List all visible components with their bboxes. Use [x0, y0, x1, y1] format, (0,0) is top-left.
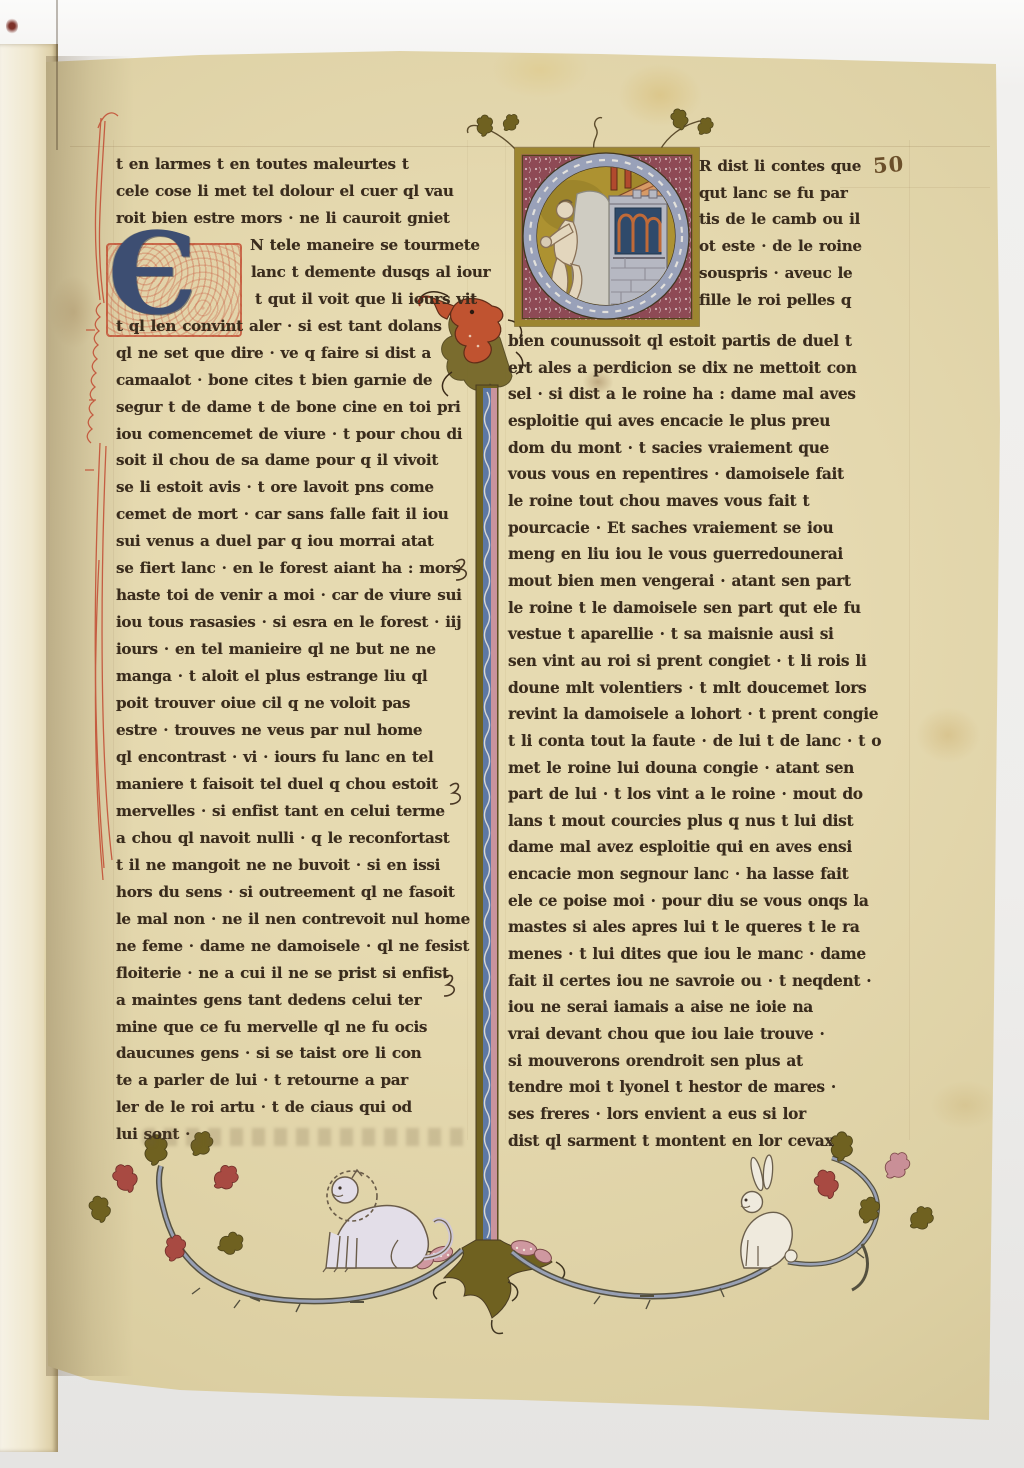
- manuscript-text-line: menes · t lui dites que iou le manc · da…: [508, 941, 914, 968]
- manuscript-text-line: sel · si dist a le roine ha : dame mal a…: [508, 381, 914, 408]
- manuscript-text-line: t ql len convint aler · si est tant dola…: [116, 313, 470, 340]
- manuscript-text-line: dame mal avez esploitie qui en aves ensi: [508, 834, 914, 861]
- manuscript-text-line: ql ne set que dire · ve q faire si dist …: [116, 340, 470, 367]
- manuscript-text-line: a maintes gens tant dedens celui ter: [116, 987, 470, 1014]
- manuscript-text-line: dist ql sarment t montent en lor cevax: [508, 1128, 914, 1155]
- manuscript-text-line: lanc t demente dusqs al iour: [116, 259, 470, 286]
- manuscript-text-line: ql encontrast · vi · iours fu lanc en te…: [116, 744, 470, 771]
- manuscript-text-line: segur t de dame t de bone cine en toi pr…: [116, 394, 470, 421]
- manuscript-text-line: ele ce poise moi · pour diu se vous onqs…: [508, 888, 914, 915]
- manuscript-scan-page: Є t en larmes t en toutes maleurtes tcel…: [0, 0, 1024, 1468]
- manuscript-text-line: manga · t aloit el plus estrange liu ql: [116, 663, 470, 690]
- miniature-scene: [513, 146, 701, 328]
- manuscript-text-line: souspris · aveuc le: [699, 260, 913, 287]
- manuscript-text-line: le roine t le damoisele sen part qut ele…: [508, 595, 914, 622]
- ruling-line: [505, 140, 506, 1140]
- manuscript-text-line: fille le roi pelles q: [699, 287, 913, 314]
- manuscript-text-line: vrai devant chou que iou laie trouve ·: [508, 1021, 914, 1048]
- manuscript-text-line: ert ales a perdicion se dix ne mettoit c…: [508, 355, 914, 382]
- manuscript-text-line: mine que ce fu mervelle ql ne fu ocis: [116, 1014, 470, 1041]
- text-column-right: bien counussoit ql estoit partis de duel…: [508, 328, 914, 1154]
- text-column-left: t en larmes t en toutes maleurtes tcele …: [116, 151, 470, 1148]
- manuscript-text-line: le roine tout chou maves vous fait t: [508, 488, 914, 515]
- manuscript-text-line: part de lui · t los vint a le roine · mo…: [508, 781, 914, 808]
- manuscript-text-line: iou ne serai iamais a aise ne ioie na: [508, 994, 914, 1021]
- manuscript-text-line: daucunes gens · si se taist ore li con: [116, 1040, 470, 1067]
- manuscript-text-line: met le roine lui douna congie · atant se…: [508, 755, 914, 782]
- manuscript-text-line: floiterie · ne a cui il ne se prist si e…: [116, 960, 470, 987]
- folio-number: 50: [872, 151, 905, 178]
- historiated-initial-O: [513, 146, 701, 328]
- manuscript-text-line: se fiert lanc · en le forest aiant ha : …: [116, 555, 470, 582]
- manuscript-text-line: t il ne mangoit ne ne buvoit · si en iss…: [116, 852, 470, 879]
- manuscript-text-line: encacie mon segnour lanc · ha lasse fait: [508, 861, 914, 888]
- manuscript-text-line: t li conta tout la faute · de lui t de l…: [508, 728, 914, 755]
- manuscript-text-line: N tele maneire se tourmete: [116, 232, 470, 259]
- manuscript-text-line: iou comencemet de viure · t pour chou di: [116, 421, 470, 448]
- show-through-smudge: [142, 1128, 472, 1146]
- manuscript-text-line: te a parler de lui · t retourne a par: [116, 1067, 470, 1094]
- manuscript-text-line: tendre moi t lyonel t hestor de mares ·: [508, 1074, 914, 1101]
- manuscript-text-line: dom du mont · t sacies vraiement que: [508, 435, 914, 462]
- manuscript-text-line: cemet de mort · car sans falle fait il i…: [116, 501, 470, 528]
- manuscript-text-line: hors du sens · si outreement ql ne fasoi…: [116, 879, 470, 906]
- manuscript-text-line: ne feme · dame ne damoisele · ql ne fesi…: [116, 933, 470, 960]
- manuscript-text-line: sen vint au roi si prent congiet · t li …: [508, 648, 914, 675]
- manuscript-text-line: si mouverons orendroit sen plus at: [508, 1048, 914, 1075]
- manuscript-text-line: iou tous rasasies · si esra en le forest…: [116, 609, 470, 636]
- manuscript-text-line: iours · en tel manieire ql ne but ne ne: [116, 636, 470, 663]
- manuscript-text-line: ot este · de le roine: [699, 233, 913, 260]
- manuscript-text-line: maniere t faisoit tel duel q chou estoit: [116, 771, 470, 798]
- manuscript-text-line: meng en liu iou le vous guerredounerai: [508, 541, 914, 568]
- manuscript-text-line: revint la damoisele a lohort · t prent c…: [508, 701, 914, 728]
- gutter-crease: [56, 0, 58, 150]
- manuscript-text-line: vestue t aparellie · t sa maisnie ausi s…: [508, 621, 914, 648]
- manuscript-text-line: camaalot · bone cites t bien garnie de: [116, 367, 470, 394]
- manuscript-text-line: cele cose li met tel dolour el cuer ql v…: [116, 178, 470, 205]
- manuscript-text-line: poit trouver oiue cil q ne voloit pas: [116, 690, 470, 717]
- manuscript-text-line: mastes si ales apres lui t le queres t l…: [508, 914, 914, 941]
- manuscript-text-line: vous vous en repentires · damoisele fait: [508, 461, 914, 488]
- manuscript-text-line: le mal non · ne il nen contrevoit nul ho…: [116, 906, 470, 933]
- manuscript-text-line: sui venus a duel par q iou morrai atat: [116, 528, 470, 555]
- manuscript-text-line: esploitie qui aves encacie le plus preu: [508, 408, 914, 435]
- manuscript-text-line: tis de le camb ou il: [699, 206, 913, 233]
- manuscript-text-line: haste toi de venir a moi · car de viure …: [116, 582, 470, 609]
- manuscript-text-line: soit il chou de sa dame pour q il vivoit: [116, 447, 470, 474]
- manuscript-text-line: a chou ql navoit nulli · q le reconforta…: [116, 825, 470, 852]
- ink-stain-spot: [6, 18, 18, 34]
- manuscript-text-line: mervelles · si enfist tant en celui term…: [116, 798, 470, 825]
- manuscript-text-line: se li estoit avis · t ore lavoit pns com…: [116, 474, 470, 501]
- manuscript-text-line: pourcacie · Et saches vraiement se iou: [508, 515, 914, 542]
- manuscript-text-line: ses freres · lors envient a eus si lor: [508, 1101, 914, 1128]
- manuscript-text-line: doune mlt volentiers · t mlt doucemet lo…: [508, 675, 914, 702]
- manuscript-text-line: estre · trouves ne veus par nul home: [116, 717, 470, 744]
- manuscript-text-line: fait il certes iou ne savroie ou · t neq…: [508, 968, 914, 995]
- manuscript-text-line: mout bien men vengerai · atant sen part: [508, 568, 914, 595]
- manuscript-text-line: bien counussoit ql estoit partis de duel…: [508, 328, 914, 355]
- manuscript-text-line: t en larmes t en toutes maleurtes t: [116, 151, 470, 178]
- manuscript-text-line: ler de le roi artu · t de ciaus qui od: [116, 1094, 470, 1121]
- manuscript-text-line: roit bien estre mors · ne li cauroit gni…: [116, 205, 470, 232]
- manuscript-text-line: lans t mout courcies plus q nus t lui di…: [508, 808, 914, 835]
- manuscript-text-line: t qut il voit que li iours vit: [116, 286, 470, 313]
- manuscript-text-line: qut lanc se fu par: [699, 180, 913, 207]
